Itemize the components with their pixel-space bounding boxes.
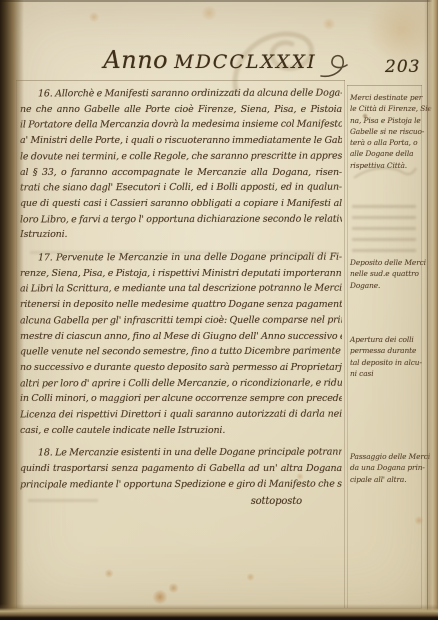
manuscript-line: ritenersi in deposito nelle medesime qua…: [20, 297, 342, 313]
margin-note-line: Gabelle si ne riscuo-: [350, 126, 420, 137]
frame-rule-top-margin: [347, 85, 422, 86]
margin-note-line: Passaggio delle Merci: [350, 451, 420, 462]
frame-rule-right-main: [344, 80, 345, 608]
margin-note-line: le Città di Firenze, Sie-: [350, 103, 420, 114]
margin-note-line: na, Pisa e Pistoja le: [350, 115, 420, 126]
manuscript-line: quindi trasportarsi senza pagamento di G…: [20, 461, 342, 477]
page-title: AnnoMDCCLXXXI: [85, 46, 335, 74]
margin-note-line: nelle sud.e quattro: [350, 268, 420, 279]
manuscript-line: il Portatore della Mercanzia dovrà la me…: [20, 117, 342, 134]
foxing-stain: [200, 6, 218, 20]
manuscript-line: ne che anno Gabelle alle Porte cioè Fire…: [20, 102, 342, 118]
margin-note-line: Apertura dei colli: [350, 334, 420, 345]
manuscript-line: ai Libri la Scrittura, e mediante una ta…: [20, 281, 342, 298]
margin-note-passaggio: Passaggio delle Merci da una Dogana prin…: [350, 451, 420, 485]
margin-note-line: Dogane.: [350, 280, 420, 291]
margin-note-line: Deposito delle Merci: [350, 257, 420, 268]
margin-note-line: alle Dogane della: [350, 148, 420, 159]
bleedthrough-main-text: [30, 248, 330, 258]
manuscript-line: mestre di ciascun anno, fino al Mese di …: [20, 329, 342, 345]
title-year-roman: MDCCLXXXI: [174, 51, 316, 73]
margin-note-line: terà o alla Porta, o: [350, 137, 420, 148]
bleedthrough-stamp: [28, 496, 98, 506]
manuscript-line: al § 33, o faranno accompagnate le Merca…: [20, 165, 342, 181]
frame-rule-top-main: [16, 80, 345, 81]
manuscript-line: le dovute nei termini, e colle Regole, c…: [20, 148, 342, 165]
bleedthrough-curl: [352, 164, 418, 182]
manuscript-line: no successivo e durante questo deposito …: [20, 360, 342, 376]
foxing-stain: [362, 113, 368, 119]
foxing-stain: [246, 573, 255, 581]
title-flourish: [317, 52, 351, 82]
page-stack-bottom: [0, 604, 438, 620]
manuscript-line: in Colli minori, o maggiori per alcune o…: [20, 391, 342, 407]
page-number: 203: [385, 57, 420, 77]
margin-note-line: cipale all' altra.: [350, 474, 420, 485]
manuscript-line: renze, Siena, Pisa, e Pistoja, i rispett…: [20, 266, 342, 282]
margin-note-deposito: Deposito delle Merci nelle sud.e quattro…: [350, 257, 420, 291]
foxing-stain: [104, 569, 114, 578]
margin-note-apertura: Apertura dei colli permessa durante tal …: [350, 334, 420, 379]
page-stack-right: [424, 0, 438, 620]
margin-note-gabelle: Merci destinate per le Città di Firenze,…: [350, 92, 420, 171]
manuscript-line: principale mediante l' opportuna Spedizi…: [20, 476, 342, 493]
page-top-edge: [0, 0, 438, 2]
manuscript-line: que di questi casi i Cassieri saranno ob…: [20, 196, 342, 212]
bleedthrough-margin-text: [352, 202, 416, 254]
manuscript-line: altri per loro d' aprire i Colli delle M…: [20, 375, 342, 392]
frame-rule-left-margin: [347, 85, 348, 608]
paragraph-17: 17. Pervenute le Mercanzie in una delle …: [20, 250, 342, 438]
margin-note-line: ni casi: [350, 368, 420, 379]
margin-note-line: permessa durante: [350, 345, 420, 356]
manuscript-line: trati che siano dagl' Esecutori i Colli,…: [20, 180, 342, 197]
margin-note-line: Merci destinate per: [350, 92, 420, 103]
main-text-block: 16. Allorchè e Manifesti saranno ordiniz…: [20, 86, 342, 509]
manuscript-line: Istruzioni.: [20, 227, 342, 243]
foxing-stain: [152, 590, 168, 604]
margin-note-line: tal deposito in alcu-: [350, 357, 420, 368]
binding-gutter-shadow: [0, 0, 24, 620]
manuscript-line: 16. Allorchè e Manifesti saranno ordiniz…: [20, 86, 342, 102]
manuscript-line: quelle venute nel secondo semestre, fino…: [20, 344, 342, 361]
manuscript-line: Licenza dei rispettivi Direttori i quali…: [20, 407, 342, 424]
frame-rule-right-margin: [421, 85, 422, 608]
manuscript-line: casi, e colle cautele indicate nelle Ist…: [20, 423, 342, 439]
manuscript-scan: AnnoMDCCLXXXI 203 16. Allorchè e Manifes…: [0, 0, 438, 620]
manuscript-line: 18. Le Mercanzie esistenti in una delle …: [20, 445, 342, 462]
foxing-stain: [88, 12, 100, 22]
title-anno: Anno: [103, 46, 168, 74]
paragraph-16: 16. Allorchè e Manifesti saranno ordiniz…: [20, 86, 342, 243]
margin-note-line: da una Dogana prin-: [350, 462, 420, 473]
foxing-stain: [322, 18, 336, 30]
foxing-stain: [168, 583, 179, 593]
manuscript-line: alcuna Gabella per gl' infrascritti temp…: [20, 312, 342, 329]
paragraph-18: 18. Le Mercanzie esistenti in una delle …: [20, 445, 342, 492]
manuscript-line: loro Libro, e farvi a tergo l' opportuna…: [20, 211, 342, 228]
manuscript-line: a' Ministri delle Porte, i quali o riscu…: [20, 133, 342, 149]
foxing-stain: [296, 473, 304, 480]
foxing-stain: [414, 516, 424, 525]
